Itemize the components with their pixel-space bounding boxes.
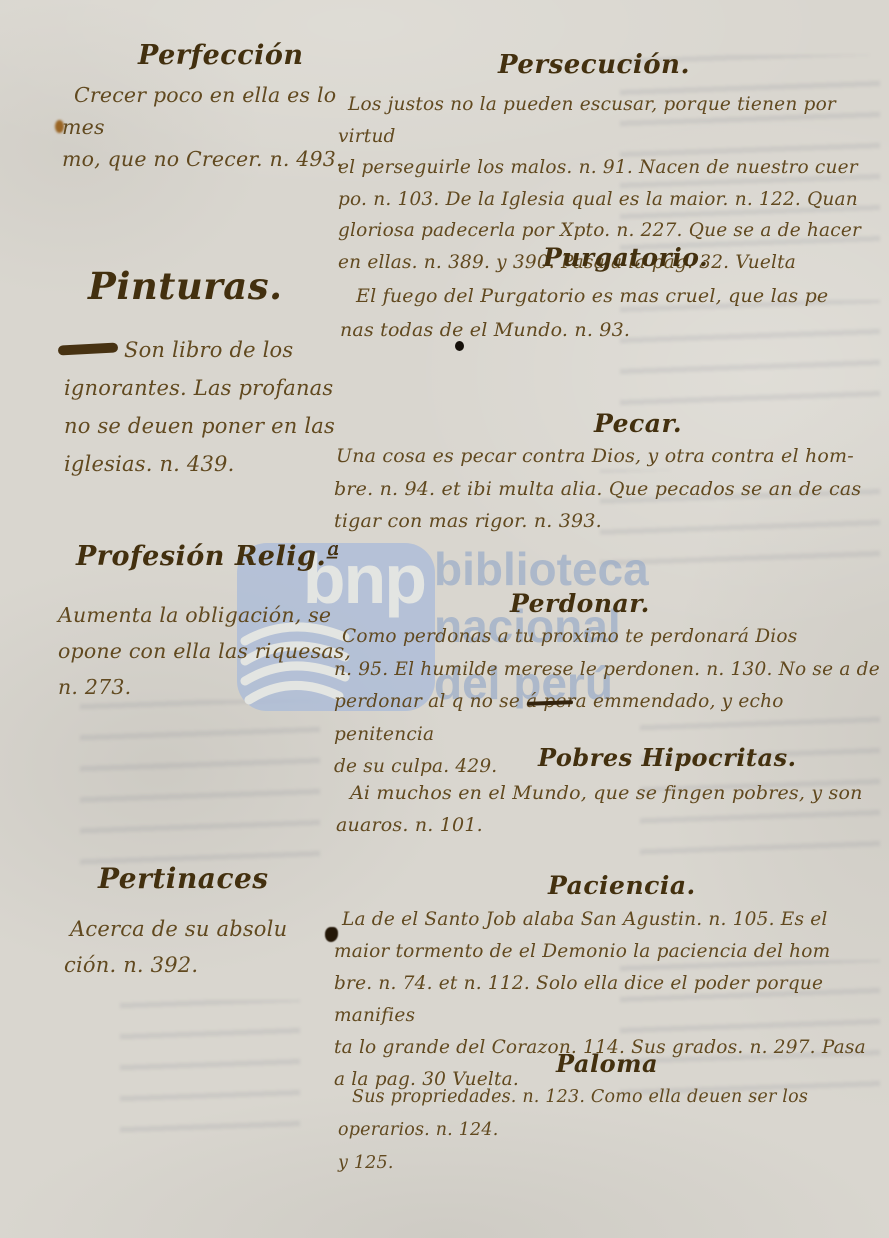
showthrough-smudge (120, 1000, 300, 1140)
section-heading-purgatorio: Purgatorio. (543, 243, 708, 272)
margin-heading-profesion-religiosa: Profesión Relig.ª (76, 541, 340, 572)
section-heading-pobres-hipocritas: Pobres Hipocritas. (538, 743, 796, 772)
margin-entry-perfeccion-text: Crecer poco en ella es lo mes mo, que no… (62, 79, 362, 175)
ink-spot (55, 120, 64, 133)
section-pobres-hipocritas-text: Ai muchos en el Mundo, que se fingen pob… (336, 777, 884, 841)
margin-heading-pinturas: Pinturas. (88, 264, 282, 308)
margin-heading-perfeccion: Perfección (138, 40, 304, 71)
margin-entry-pertinaces-text: Acerca de su absolu ción. n. 392. (64, 911, 364, 983)
section-paloma-text: Sus propriedades. n. 123. Como ella deue… (338, 1081, 889, 1180)
section-heading-perdonar: Perdonar. (510, 589, 650, 618)
section-heading-pecar: Pecar. (594, 409, 682, 438)
margin-heading-pertinaces: Pertinaces (98, 862, 269, 895)
section-heading-paciencia: Paciencia. (548, 871, 696, 900)
section-pecar-text: Una cosa es pecar contra Dios, y otra co… (334, 440, 886, 538)
manuscript-page: bnp biblioteca nacional del perú Perfecc… (0, 0, 889, 1238)
margin-entry-profesion-religiosa-text: Aumenta la obligación, se opone con ella… (58, 597, 358, 705)
margin-entry-pinturas-text: Son libro de los ignorantes. Las profana… (64, 331, 364, 483)
section-heading-paloma: Paloma (556, 1049, 658, 1078)
section-purgatorio-text: El fuego del Purgatorio es mas cruel, qu… (340, 279, 888, 347)
showthrough-smudge (80, 700, 320, 870)
section-heading-persecucion: Persecución. (498, 50, 690, 80)
ink-spot (455, 341, 464, 351)
